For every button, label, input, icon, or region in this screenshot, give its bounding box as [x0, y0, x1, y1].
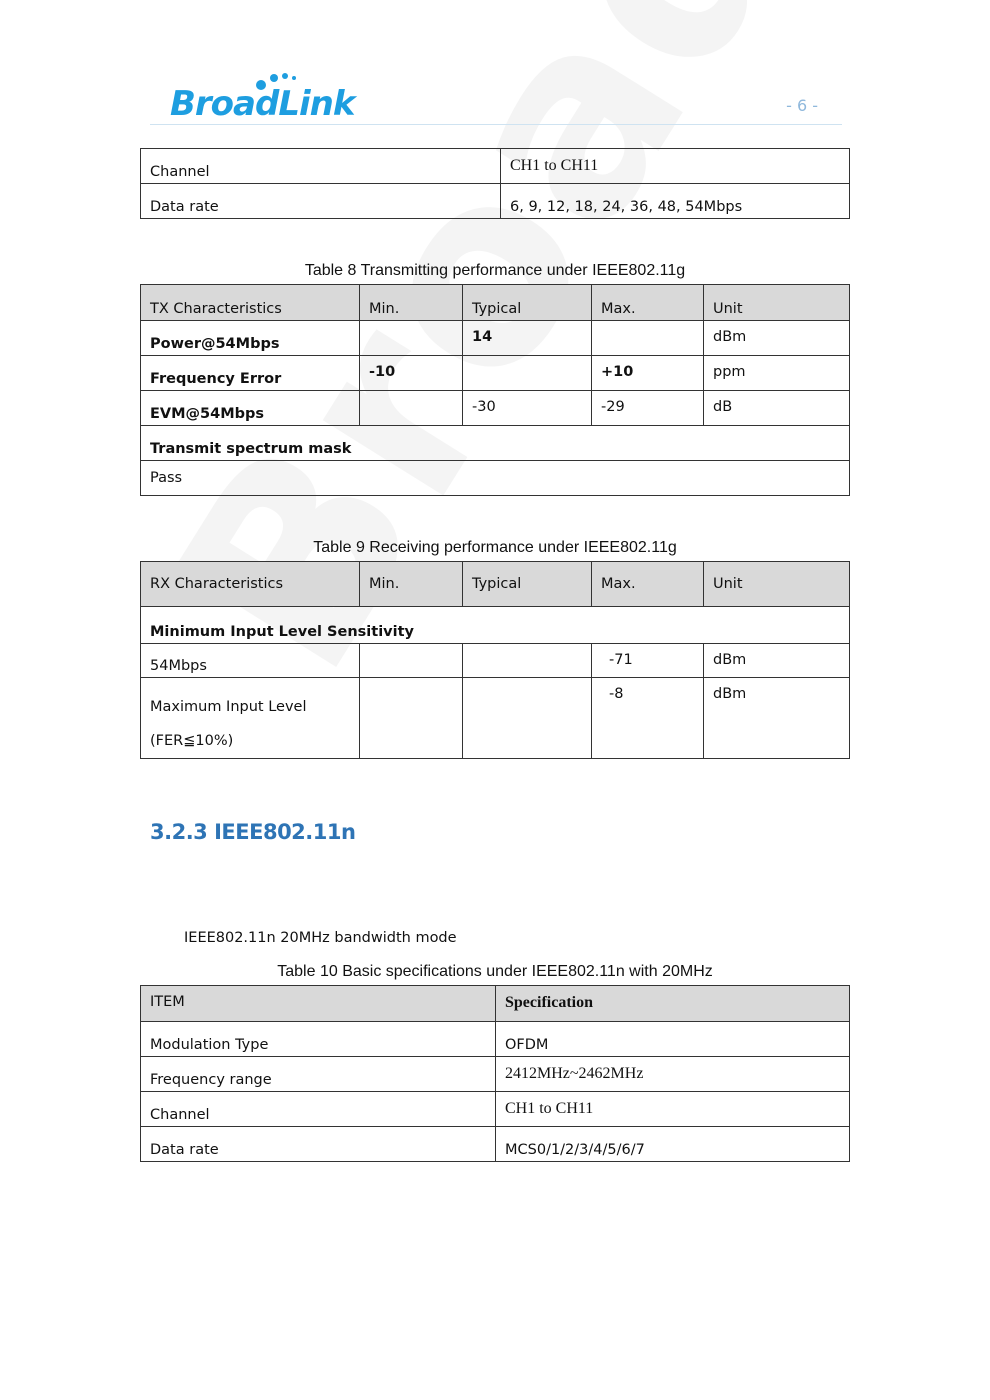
table-row: Frequency Error -10 +10 ppm [141, 356, 850, 391]
table-row: Maximum Input Level (FER≦10%) -8 dBm [141, 678, 850, 759]
item-cell: Channel [141, 1092, 496, 1127]
table-row: Channel CH1 to CH11 [141, 149, 850, 184]
unit-cell: ppm [704, 356, 850, 391]
max-cell: +10 [592, 356, 704, 391]
item-cell: Data rate [141, 184, 501, 219]
section-heading: 3.2.3 IEEE802.11n [150, 820, 355, 844]
header-cell: Max. [592, 285, 704, 321]
table8-caption: Table 8 Transmitting performance under I… [140, 262, 850, 280]
page-number: - 6 - [786, 96, 818, 115]
table-row: Data rate 6, 9, 12, 18, 24, 36, 48, 54Mb… [141, 184, 850, 219]
unit-cell: dBm [704, 321, 850, 356]
header-cell: Max. [592, 562, 704, 607]
item-cell: Data rate [141, 1127, 496, 1162]
table-header-row: ITEM Specification [141, 986, 850, 1022]
typical-cell [463, 356, 592, 391]
group-label-cell: Minimum Input Level Sensitivity [141, 607, 850, 644]
table-row: Minimum Input Level Sensitivity [141, 607, 850, 644]
logo-dot-icon [292, 76, 296, 80]
header-cell: Unit [704, 562, 850, 607]
max-cell [592, 321, 704, 356]
broadlink-logo: BroadLink [170, 70, 360, 126]
name-cell: Power@54Mbps [141, 321, 360, 356]
item-cell: Modulation Type [141, 1022, 496, 1057]
header-cell: RX Characteristics [141, 562, 360, 607]
header-cell: Typical [463, 562, 592, 607]
spectrum-value-cell: Pass [141, 461, 850, 496]
typical-cell: -30 [463, 391, 592, 426]
header-cell: Min. [360, 562, 463, 607]
table-row: EVM@54Mbps -30 -29 dB [141, 391, 850, 426]
unit-cell: dBm [704, 678, 850, 759]
table10: ITEM Specification Modulation Type OFDM … [140, 985, 850, 1162]
spec-cell: 2412MHz~2462MHz [496, 1057, 850, 1092]
name-line-2: (FER≦10%) [150, 733, 233, 749]
unit-cell: dBm [704, 644, 850, 678]
max-cell: -71 [592, 644, 704, 678]
table10-caption: Table 10 Basic specifications under IEEE… [140, 963, 850, 981]
spectrum-label-cell: Transmit spectrum mask [141, 426, 850, 461]
spec-cell: CH1 to CH11 [501, 149, 850, 184]
header-cell: Unit [704, 285, 850, 321]
spec-cell: 6, 9, 12, 18, 24, 36, 48, 54Mbps [501, 184, 850, 219]
name-cell: Maximum Input Level (FER≦10%) [141, 678, 360, 759]
max-cell: -8 [592, 678, 704, 759]
page-header: BroadLink - 6 - [150, 62, 842, 125]
table-row: Power@54Mbps 14 dBm [141, 321, 850, 356]
min-cell: -10 [360, 356, 463, 391]
unit-cell: dB [704, 391, 850, 426]
table-row: Modulation Type OFDM [141, 1022, 850, 1057]
name-line-1: Maximum Input Level [150, 699, 306, 715]
header-cell: ITEM [141, 986, 496, 1022]
typical-cell [463, 644, 592, 678]
header-cell: Specification [496, 986, 850, 1022]
min-cell [360, 678, 463, 759]
name-cell: 54Mbps [141, 644, 360, 678]
min-cell [360, 321, 463, 356]
max-cell: -29 [592, 391, 704, 426]
header-cell: Min. [360, 285, 463, 321]
table-row: Pass [141, 461, 850, 496]
header-cell: Typical [463, 285, 592, 321]
logo-text: BroadLink [170, 84, 354, 124]
table-header-row: RX Characteristics Min. Typical Max. Uni… [141, 562, 850, 607]
name-cell: EVM@54Mbps [141, 391, 360, 426]
logo-dot-icon [282, 73, 288, 79]
item-cell: Channel [141, 149, 501, 184]
logo-dot-icon [270, 74, 278, 82]
table8: TX Characteristics Min. Typical Max. Uni… [140, 284, 850, 496]
table9-caption: Table 9 Receiving performance under IEEE… [140, 539, 850, 557]
typical-cell [463, 678, 592, 759]
table-row: Channel CH1 to CH11 [141, 1092, 850, 1127]
spec-cell: CH1 to CH11 [496, 1092, 850, 1127]
table-row: 54Mbps -71 dBm [141, 644, 850, 678]
typical-cell: 14 [463, 321, 592, 356]
min-cell [360, 644, 463, 678]
spec-cell: OFDM [496, 1022, 850, 1057]
table-continued: Channel CH1 to CH11 Data rate 6, 9, 12, … [140, 148, 850, 219]
spec-cell: MCS0/1/2/3/4/5/6/7 [496, 1127, 850, 1162]
name-cell: Frequency Error [141, 356, 360, 391]
header-cell: TX Characteristics [141, 285, 360, 321]
table-row: Data rate MCS0/1/2/3/4/5/6/7 [141, 1127, 850, 1162]
table-row: Transmit spectrum mask [141, 426, 850, 461]
min-cell [360, 391, 463, 426]
item-cell: Frequency range [141, 1057, 496, 1092]
table-row: Frequency range 2412MHz~2462MHz [141, 1057, 850, 1092]
section-subtitle: IEEE802.11n 20MHz bandwidth mode [184, 930, 457, 946]
table-header-row: TX Characteristics Min. Typical Max. Uni… [141, 285, 850, 321]
table9: RX Characteristics Min. Typical Max. Uni… [140, 561, 850, 759]
